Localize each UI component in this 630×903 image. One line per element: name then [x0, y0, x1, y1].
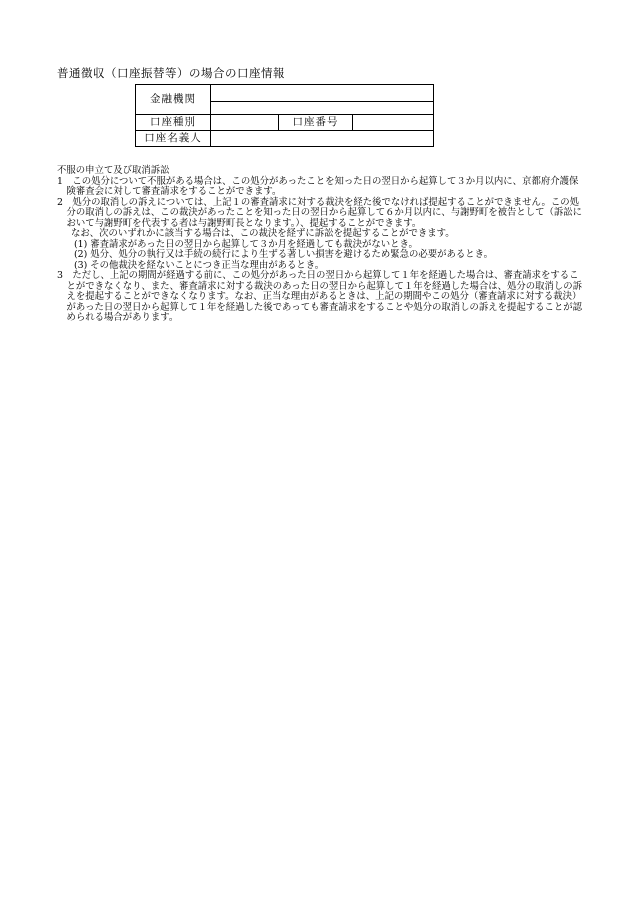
account-holder-label: 口座名義人: [136, 131, 211, 147]
notice-line: えを提起することができなくなります。なお、正当な理由があるときは、上記の期間やこ…: [57, 292, 577, 303]
table-row: 金融機関: [136, 85, 434, 102]
account-number-label: 口座番号: [279, 115, 353, 131]
account-info-table: 金融機関 口座種別 口座番号 口座名義人: [135, 84, 434, 147]
financial-institution-value-line2: [211, 102, 434, 115]
account-number-value: [353, 115, 434, 131]
account-holder-value: [211, 131, 434, 147]
account-type-value: [211, 115, 279, 131]
financial-institution-label: 金融機関: [136, 85, 211, 115]
account-type-label: 口座種別: [136, 115, 211, 131]
table-row: 口座種別 口座番号: [136, 115, 434, 131]
notice-line: なお、次のいずれかに該当する場合は、この裁決を経ずに訴訟を提起することができます…: [57, 229, 577, 240]
page-title: 普通徴収（口座振替等）の場合の口座情報: [57, 66, 285, 80]
notice-line: 分の取消しの訴えは、この裁決があったことを知った日の翌日から起算して６か月以内に…: [57, 208, 577, 219]
appeal-notice-section: 不服の申立て及び取消訴訟 1 この処分について不服がある場合は、この処分があった…: [57, 166, 577, 324]
notice-line: 険審査会に対して審査請求をすることができます。: [57, 187, 577, 198]
notice-line: められる場合があります。: [57, 313, 577, 324]
notice-line: (2) 処分、処分の執行又は手続の続行により生ずる著しい損害を避けるため緊急の必…: [57, 250, 577, 261]
notice-heading: 不服の申立て及び取消訴訟: [57, 166, 577, 177]
notice-line: 3 ただし、上記の期間が経過する前に、この処分があった日の翌日から起算して１年を…: [57, 271, 577, 282]
table-row: 口座名義人: [136, 131, 434, 147]
document-page: 普通徴収（口座振替等）の場合の口座情報 金融機関 口座種別 口座番号 口: [0, 0, 630, 903]
financial-institution-value-line1: [211, 85, 434, 102]
